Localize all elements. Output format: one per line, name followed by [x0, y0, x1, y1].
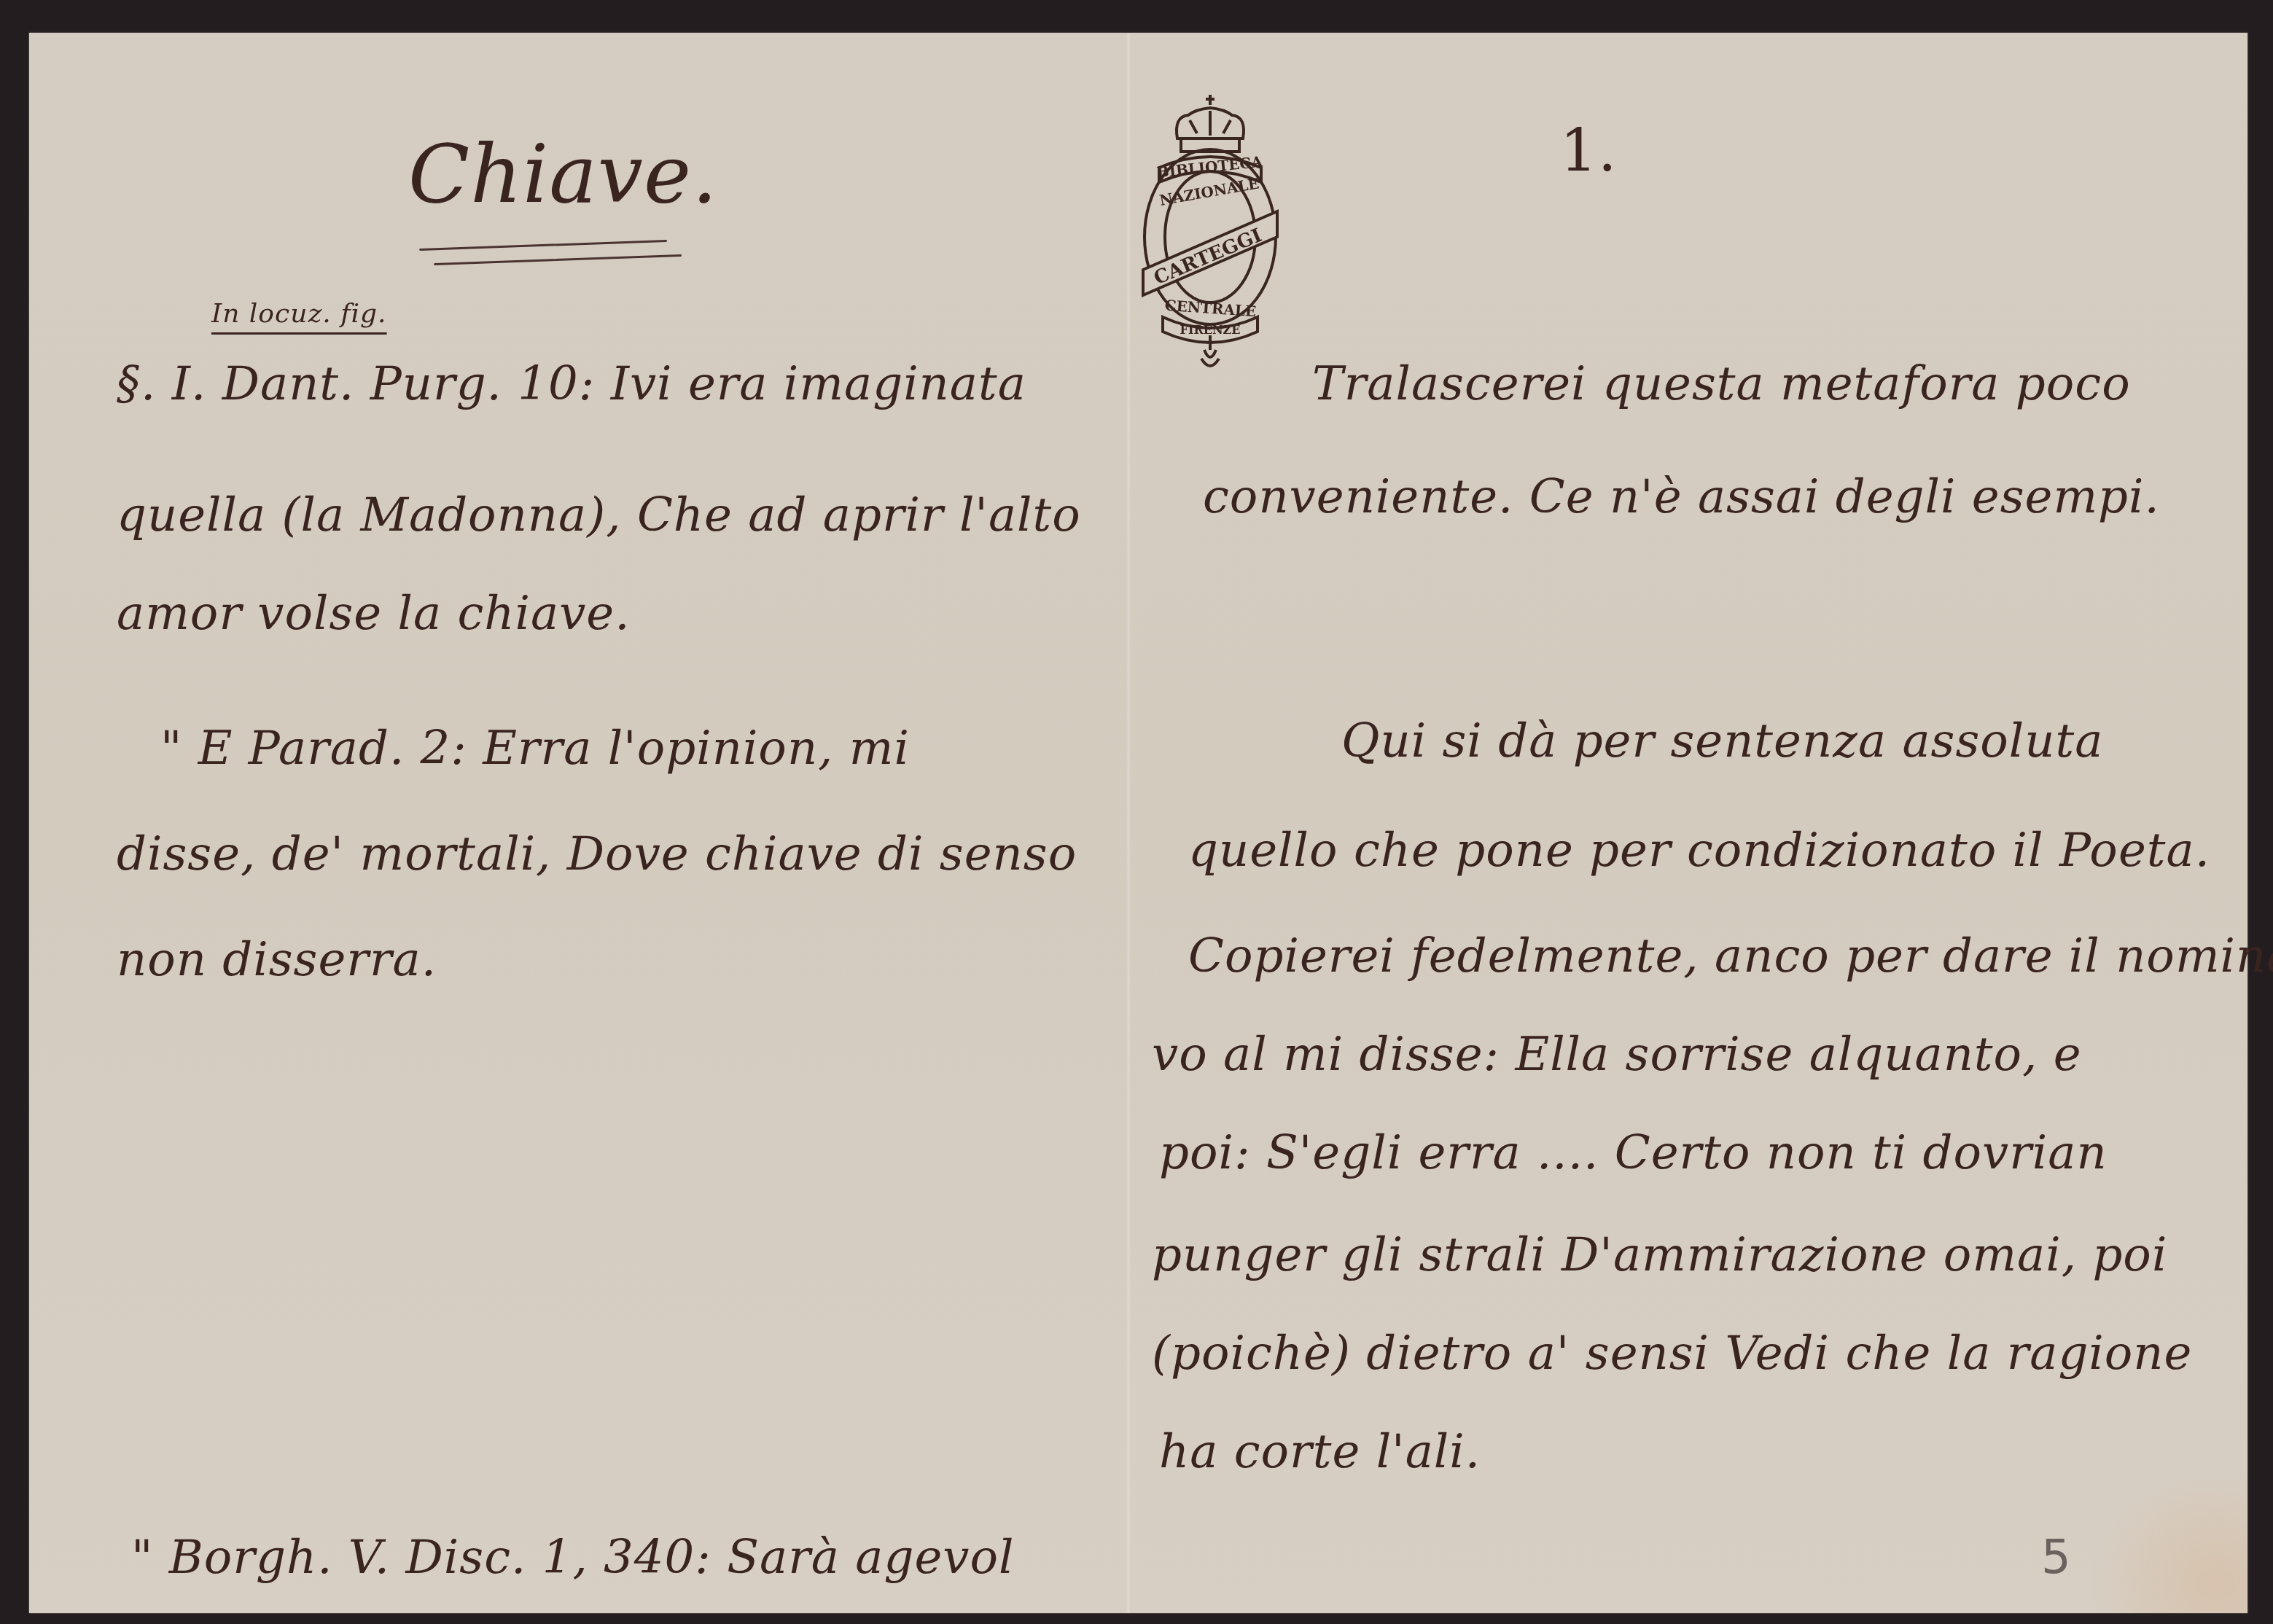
stamp-crown-icon: BIBLIOTECA NAZIONALE CARTEGGI CENTRALE F… — [1137, 87, 1283, 379]
left-line: §. I. Dant. Purg. 10: Ivi era imaginata — [117, 357, 1026, 411]
right-line: punger gli strali D'ammirazione omai, po… — [1152, 1228, 2167, 1282]
right-line: quello che pone per condizionato il Poet… — [1188, 824, 2210, 878]
left-line: disse, de' mortali, Dove chiave di senso — [117, 827, 1077, 881]
left-line: " E Parad. 2: Erra l'opinion, mi — [160, 722, 910, 776]
left-line: quella (la Madonna), Che ad aprir l'alto — [117, 488, 1081, 542]
title-underline — [434, 254, 682, 265]
stamp-text-firenze: FIRENZE — [1180, 323, 1241, 337]
right-line: Copierei fedelmente, anco per dare il no… — [1188, 929, 2273, 983]
stamp-text-nazionale: NAZIONALE — [1158, 174, 1260, 209]
left-line: amor volse la chiave. — [117, 587, 631, 641]
insertion-note: In locuz. fig. — [211, 299, 387, 329]
right-line: Qui si dà per sentenza assoluta — [1341, 714, 2103, 768]
left-line: non disserra. — [117, 933, 437, 987]
page-number: 1. — [1560, 117, 1617, 184]
right-line: (poichè) dietro a' sensi Vedi che la rag… — [1152, 1327, 2192, 1381]
left-line: " Borgh. V. Disc. 1, 340: Sarà agevol — [131, 1531, 1014, 1585]
page-title: Chiave. — [408, 128, 718, 221]
right-line: vo al mi disse: Ella sorrise alquanto, e — [1152, 1028, 2082, 1082]
right-line: Tralascerei questa metafora poco — [1312, 357, 2131, 411]
archive-number: 5 — [2041, 1531, 2072, 1585]
right-line: ha corte l'ali. — [1159, 1425, 1481, 1479]
right-line: conveniente. Ce n'è assai degli esempi. — [1203, 470, 2160, 524]
manuscript-page: Chiave. 1. — [29, 33, 2247, 1613]
stamp-text-centrale: CENTRALE — [1164, 297, 1257, 321]
library-stamp: BIBLIOTECA NAZIONALE CARTEGGI CENTRALE F… — [1137, 87, 1283, 379]
paper-stain — [2087, 1467, 2247, 1613]
title-underline — [419, 240, 667, 251]
right-line: poi: S'egli erra .... Certo non ti dovri… — [1159, 1126, 2108, 1180]
